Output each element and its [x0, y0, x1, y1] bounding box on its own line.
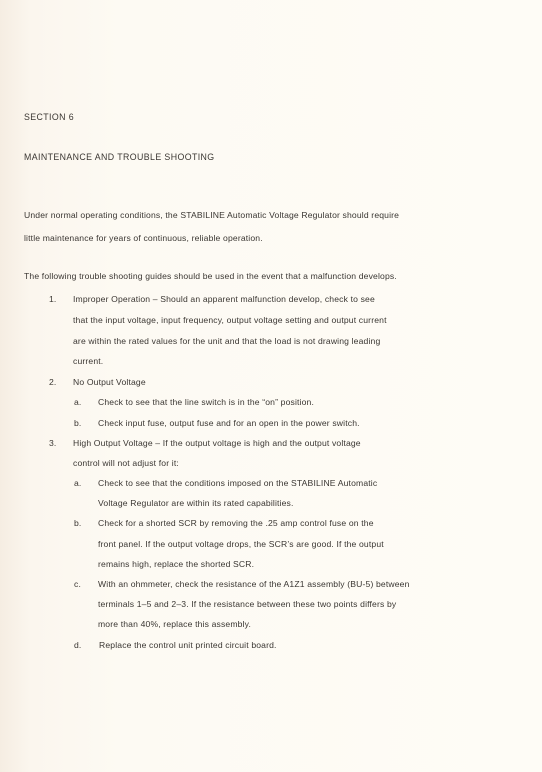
subitem-line: Replace the control unit printed circuit… [99, 640, 277, 650]
subitem-marker: b. [74, 518, 81, 528]
lead-paragraph: The following trouble shooting guides sh… [24, 271, 397, 281]
section-title: MAINTENANCE AND TROUBLE SHOOTING [24, 152, 215, 162]
item-line: High Output Voltage – If the output volt… [73, 438, 361, 448]
item-marker: 3. [49, 438, 56, 448]
subitem-marker: d. [74, 640, 81, 650]
item-line: current. [73, 356, 103, 366]
subitem-marker: c. [74, 579, 81, 589]
intro-line: Under normal operating conditions, the S… [24, 210, 399, 220]
subitem-line: front panel. If the output voltage drops… [98, 539, 384, 549]
subitem-marker: a. [74, 397, 81, 407]
subitem-marker: b. [74, 418, 81, 428]
item-line: are within the rated values for the unit… [73, 336, 380, 346]
item-marker: 1. [49, 294, 56, 304]
item-line: No Output Voltage [73, 377, 146, 387]
subitem-line: Check for a shorted SCR by removing the … [98, 518, 374, 528]
intro-line: little maintenance for years of continuo… [24, 233, 263, 243]
subitem-line: terminals 1–5 and 2–3. If the resistance… [98, 599, 396, 609]
item-line: that the input voltage, input frequency,… [73, 315, 387, 325]
item-marker: 2. [49, 377, 56, 387]
subitem-marker: a. [74, 478, 81, 488]
item-line: Improper Operation – Should an apparent … [73, 294, 375, 304]
subitem-line: Check to see that the line switch is in … [98, 397, 314, 407]
subitem-line: With an ohmmeter, check the resistance o… [98, 579, 410, 589]
item-line: control will not adjust for it: [73, 458, 179, 468]
subitem-line: Check input fuse, output fuse and for an… [98, 418, 360, 428]
subitem-line: remains high, replace the shorted SCR. [98, 559, 254, 569]
section-label: SECTION 6 [24, 112, 74, 122]
subitem-line: Check to see that the conditions imposed… [98, 478, 377, 488]
subitem-line: more than 40%, replace this assembly. [98, 619, 251, 629]
subitem-line: Voltage Regulator are within its rated c… [98, 498, 294, 508]
